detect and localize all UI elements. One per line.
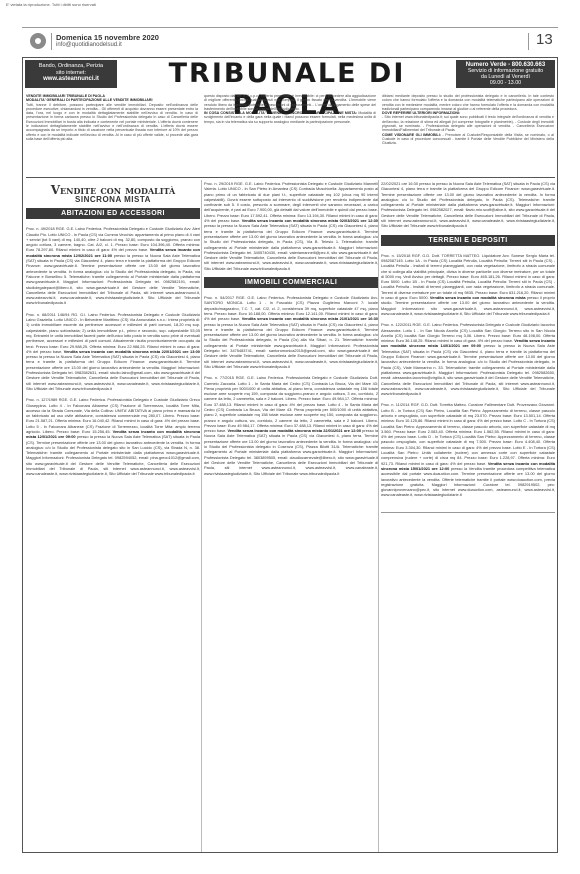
listing-sale-date: Vendita senza incanto con modalità sincr… bbox=[62, 349, 200, 354]
service-hours: 09.00 - 13.00 bbox=[456, 80, 555, 86]
listing-contact: presso la presso la Nuova Sala Aste Tele… bbox=[381, 343, 555, 396]
listing-contact: presso la presso la Nuova Sala Aste Tele… bbox=[26, 354, 200, 391]
listing: Proc. n. 127/1989 RGE. G.E. Laino Federi… bbox=[26, 397, 200, 476]
column-divider bbox=[378, 180, 379, 852]
column-1: Vendite con modalità SINCRONA MISTA ABIT… bbox=[26, 181, 200, 483]
masthead-website-link[interactable]: www.asteannunci.it bbox=[25, 76, 117, 83]
listing-lead: Proc. n. 77/2015 RGE. G.E. Laino Federic… bbox=[204, 375, 378, 385]
listing-sale-date: Vendita senza incanto con modalità sincr… bbox=[240, 218, 378, 223]
issue-date: Domenica 15 novembre 2020 bbox=[56, 33, 159, 42]
column-divider bbox=[201, 180, 202, 852]
listing-body: Piena proprietà per 500/1000 di unità ab… bbox=[204, 386, 378, 433]
intro-text: dibiarsi mediante deposito presso lo stu… bbox=[382, 94, 554, 111]
listing-contact: presso la presso la Nuova Sala Aste Tele… bbox=[26, 253, 200, 306]
category-header-terreni-depositi: TERRENI E DEPOSITI bbox=[381, 235, 555, 246]
copyright-notice: E' vietata la riproduzione. Tutti i diri… bbox=[6, 2, 96, 7]
listing-continuation: 22/02/2021 ore 16:30 presso la presso la… bbox=[381, 181, 555, 229]
listing: Proc. n. 54/2017 RGE. G.E. Laino Federic… bbox=[204, 295, 378, 369]
listing-contact: presso la presso la Nuova Sala Aste Tele… bbox=[204, 322, 378, 369]
intro-text: - Sito internet www.tribunaledipaola.it;… bbox=[382, 115, 554, 132]
listing: Proc. n. 11/2014 RGF. G.D. Dott. Torrett… bbox=[381, 402, 555, 497]
listing-body: Appezzamento di terreno, classe pascolo … bbox=[381, 408, 555, 466]
masthead: Bando, Ordinanza, Perizia sito internet:… bbox=[23, 58, 557, 91]
page-header: Domenica 15 novembre 2020 info@quotidian… bbox=[22, 27, 558, 52]
divider bbox=[381, 512, 555, 513]
listing-contact: presso la Vendita tramite procedura comp… bbox=[381, 466, 555, 497]
listing-sale-date: Vendita senza incanto con modalità sincr… bbox=[240, 316, 378, 321]
masthead-info-right: Numero Verde - 800.630.663 Servizio di i… bbox=[456, 60, 555, 88]
listing: Proc. n. 49/2018 RGE. G.E. Laino Federic… bbox=[26, 226, 200, 305]
masthead-title: TRIBUNALE DI PAOLA bbox=[119, 58, 455, 90]
listing: Proc. n. 29/2019 RGE. G.E. Laino Federic… bbox=[204, 181, 378, 271]
category-header-immobili-commerciali: IMMOBILI COMMERCIALI bbox=[204, 277, 378, 288]
intro-column-2: questo disposto dall'art. 571 c.p.c., l'… bbox=[204, 94, 376, 124]
divider bbox=[528, 33, 529, 50]
intro-column-1: VENDITE IMMOBILIARI TRIBUNALE DI PAOLA M… bbox=[26, 94, 198, 141]
divider bbox=[51, 33, 52, 50]
general-terms-section: VENDITE IMMOBILIARI TRIBUNALE DI PAOLA M… bbox=[26, 92, 555, 178]
contact-email[interactable]: info@quotidianodelsud.it bbox=[56, 42, 122, 48]
category-header-abitazioni: ABITAZIONI ED ACCESSORI bbox=[26, 208, 200, 219]
newspaper-logo-icon bbox=[30, 33, 46, 49]
listing: Proc. n. 68/2011 146/94 RG. G.I. Laino F… bbox=[26, 312, 200, 391]
listing-contact: presso la Nuova Sala Aste Telematica (SA… bbox=[204, 428, 378, 475]
listing-contact: presso la presso la Nuova Sala Aste Tele… bbox=[26, 434, 200, 476]
section-subtitle: SINCRONA MISTA bbox=[26, 197, 200, 202]
intro-text: Tutti, tranne il debitore, possono parte… bbox=[26, 103, 198, 141]
page-number: 13 bbox=[536, 31, 553, 48]
listing-body: siti in Paola (CS) - Località Petrulla -… bbox=[381, 258, 555, 300]
intro-text: questo disposto dall'art. 571 c.p.c., l'… bbox=[204, 94, 376, 111]
column-3: 22/02/2021 ore 16:30 presso la presso la… bbox=[381, 181, 555, 513]
listing: Proc. n. 122/2011 RGE. G.E. Laino Federi… bbox=[381, 322, 555, 396]
listing-sale-date: Vendita senza incanto con modalità sincr… bbox=[429, 295, 526, 300]
column-2: Proc. n. 29/2019 RGE. G.E. Laino Federic… bbox=[204, 181, 378, 482]
tribunale-notice-frame: Bando, Ordinanza, Perizia sito internet:… bbox=[22, 57, 558, 853]
masthead-info-left: Bando, Ordinanza, Perizia sito internet:… bbox=[25, 60, 117, 88]
listing: Proc. n. 15/2018 RGF. G.D. Dott. TORRETT… bbox=[381, 253, 555, 317]
listing-contact: presso la presso la Nuova Sala Aste Tele… bbox=[204, 223, 378, 270]
listing: Proc. n. 77/2015 RGE. G.E. Laino Federic… bbox=[204, 375, 378, 476]
intro-column-3: dibiarsi mediante deposito presso lo stu… bbox=[382, 94, 554, 146]
listing-sale-date: Vendita senza incanto con modalità sincr… bbox=[226, 428, 361, 433]
